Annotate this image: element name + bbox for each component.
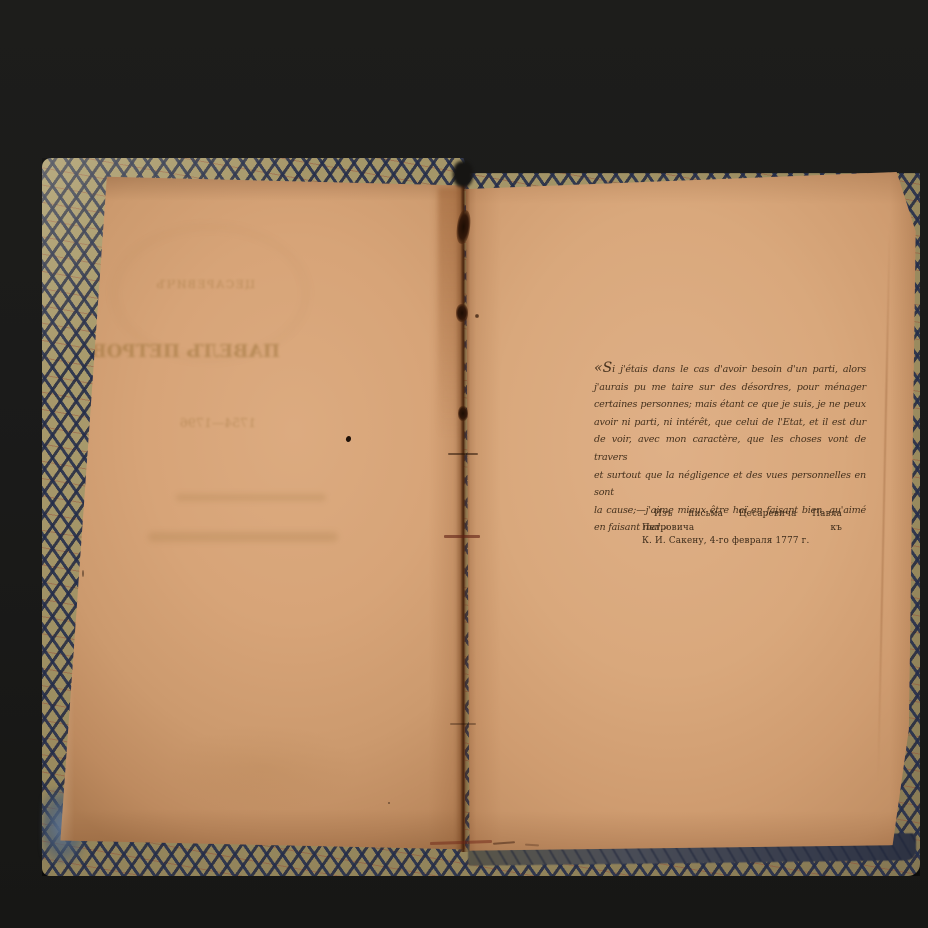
water-stain-ring xyxy=(113,226,307,360)
ink-speck xyxy=(345,435,352,442)
sewing-hole xyxy=(455,209,472,244)
bleedthrough-title-large: ПАВЕЛЪ ПЕТРОВИЧЪ xyxy=(90,341,280,362)
gutter-gap xyxy=(453,161,473,187)
sewing-thread xyxy=(450,723,476,725)
ink-speck xyxy=(388,802,390,804)
attribution-line: Изъ письма Цесаревича Павла Петровича къ xyxy=(642,508,842,535)
ink-mark xyxy=(493,841,515,845)
page-edge-crease xyxy=(877,222,891,782)
page-stain xyxy=(168,724,358,814)
photo-background: ЦЕСАРЕВИЧЪ ПАВЕЛЪ ПЕТРОВИЧЪ 1754—1796 «S… xyxy=(0,0,928,928)
epigraph-line: certaines personnes; mais étant ce que j… xyxy=(594,396,866,414)
epigraph-line: «Si j'étais dans le cas d'avoir besoin d… xyxy=(594,360,866,379)
right-page: «Si j'étais dans le cas d'avoir besoin d… xyxy=(465,170,917,852)
bleedthrough-title-small: ЦЕСАРЕВИЧЪ xyxy=(150,278,260,291)
bleedthrough-dates: 1754—1796 xyxy=(180,415,256,430)
sewing-hole xyxy=(475,314,479,318)
epigraph-line-text: i j'étais dans le cas d'avoir besoin d'u… xyxy=(612,364,866,375)
sewing-hole xyxy=(456,304,468,322)
sewing-hole xyxy=(458,406,468,421)
bleedthrough-smudge xyxy=(148,532,338,542)
left-page: ЦЕСАРЕВИЧЪ ПАВЕЛЪ ПЕТРОВИЧЪ 1754—1796 xyxy=(58,174,465,850)
epigraph-line: et surtout que la négligence et des vues… xyxy=(594,467,866,502)
epigraph-open-initial: «S xyxy=(594,360,612,376)
sewing-thread xyxy=(448,453,478,455)
epigraph-line: avoir ni parti, ni intérêt, que celui de… xyxy=(594,414,866,432)
book-gutter xyxy=(456,172,470,852)
bleedthrough-smudge xyxy=(176,494,326,501)
attribution-line: К. И. Сакену, 4-го февраля 1777 г. xyxy=(642,535,842,549)
ink-speck xyxy=(82,570,84,577)
ink-mark xyxy=(525,844,539,847)
epigraph-line: j'aurais pu me taire sur des désordres, … xyxy=(594,379,866,397)
epigraph-attribution: Изъ письма Цесаревича Павла Петровича къ… xyxy=(642,508,842,549)
sewing-thread xyxy=(444,535,480,538)
epigraph-line: de voir, avec mon caractère, que les cho… xyxy=(594,431,866,466)
